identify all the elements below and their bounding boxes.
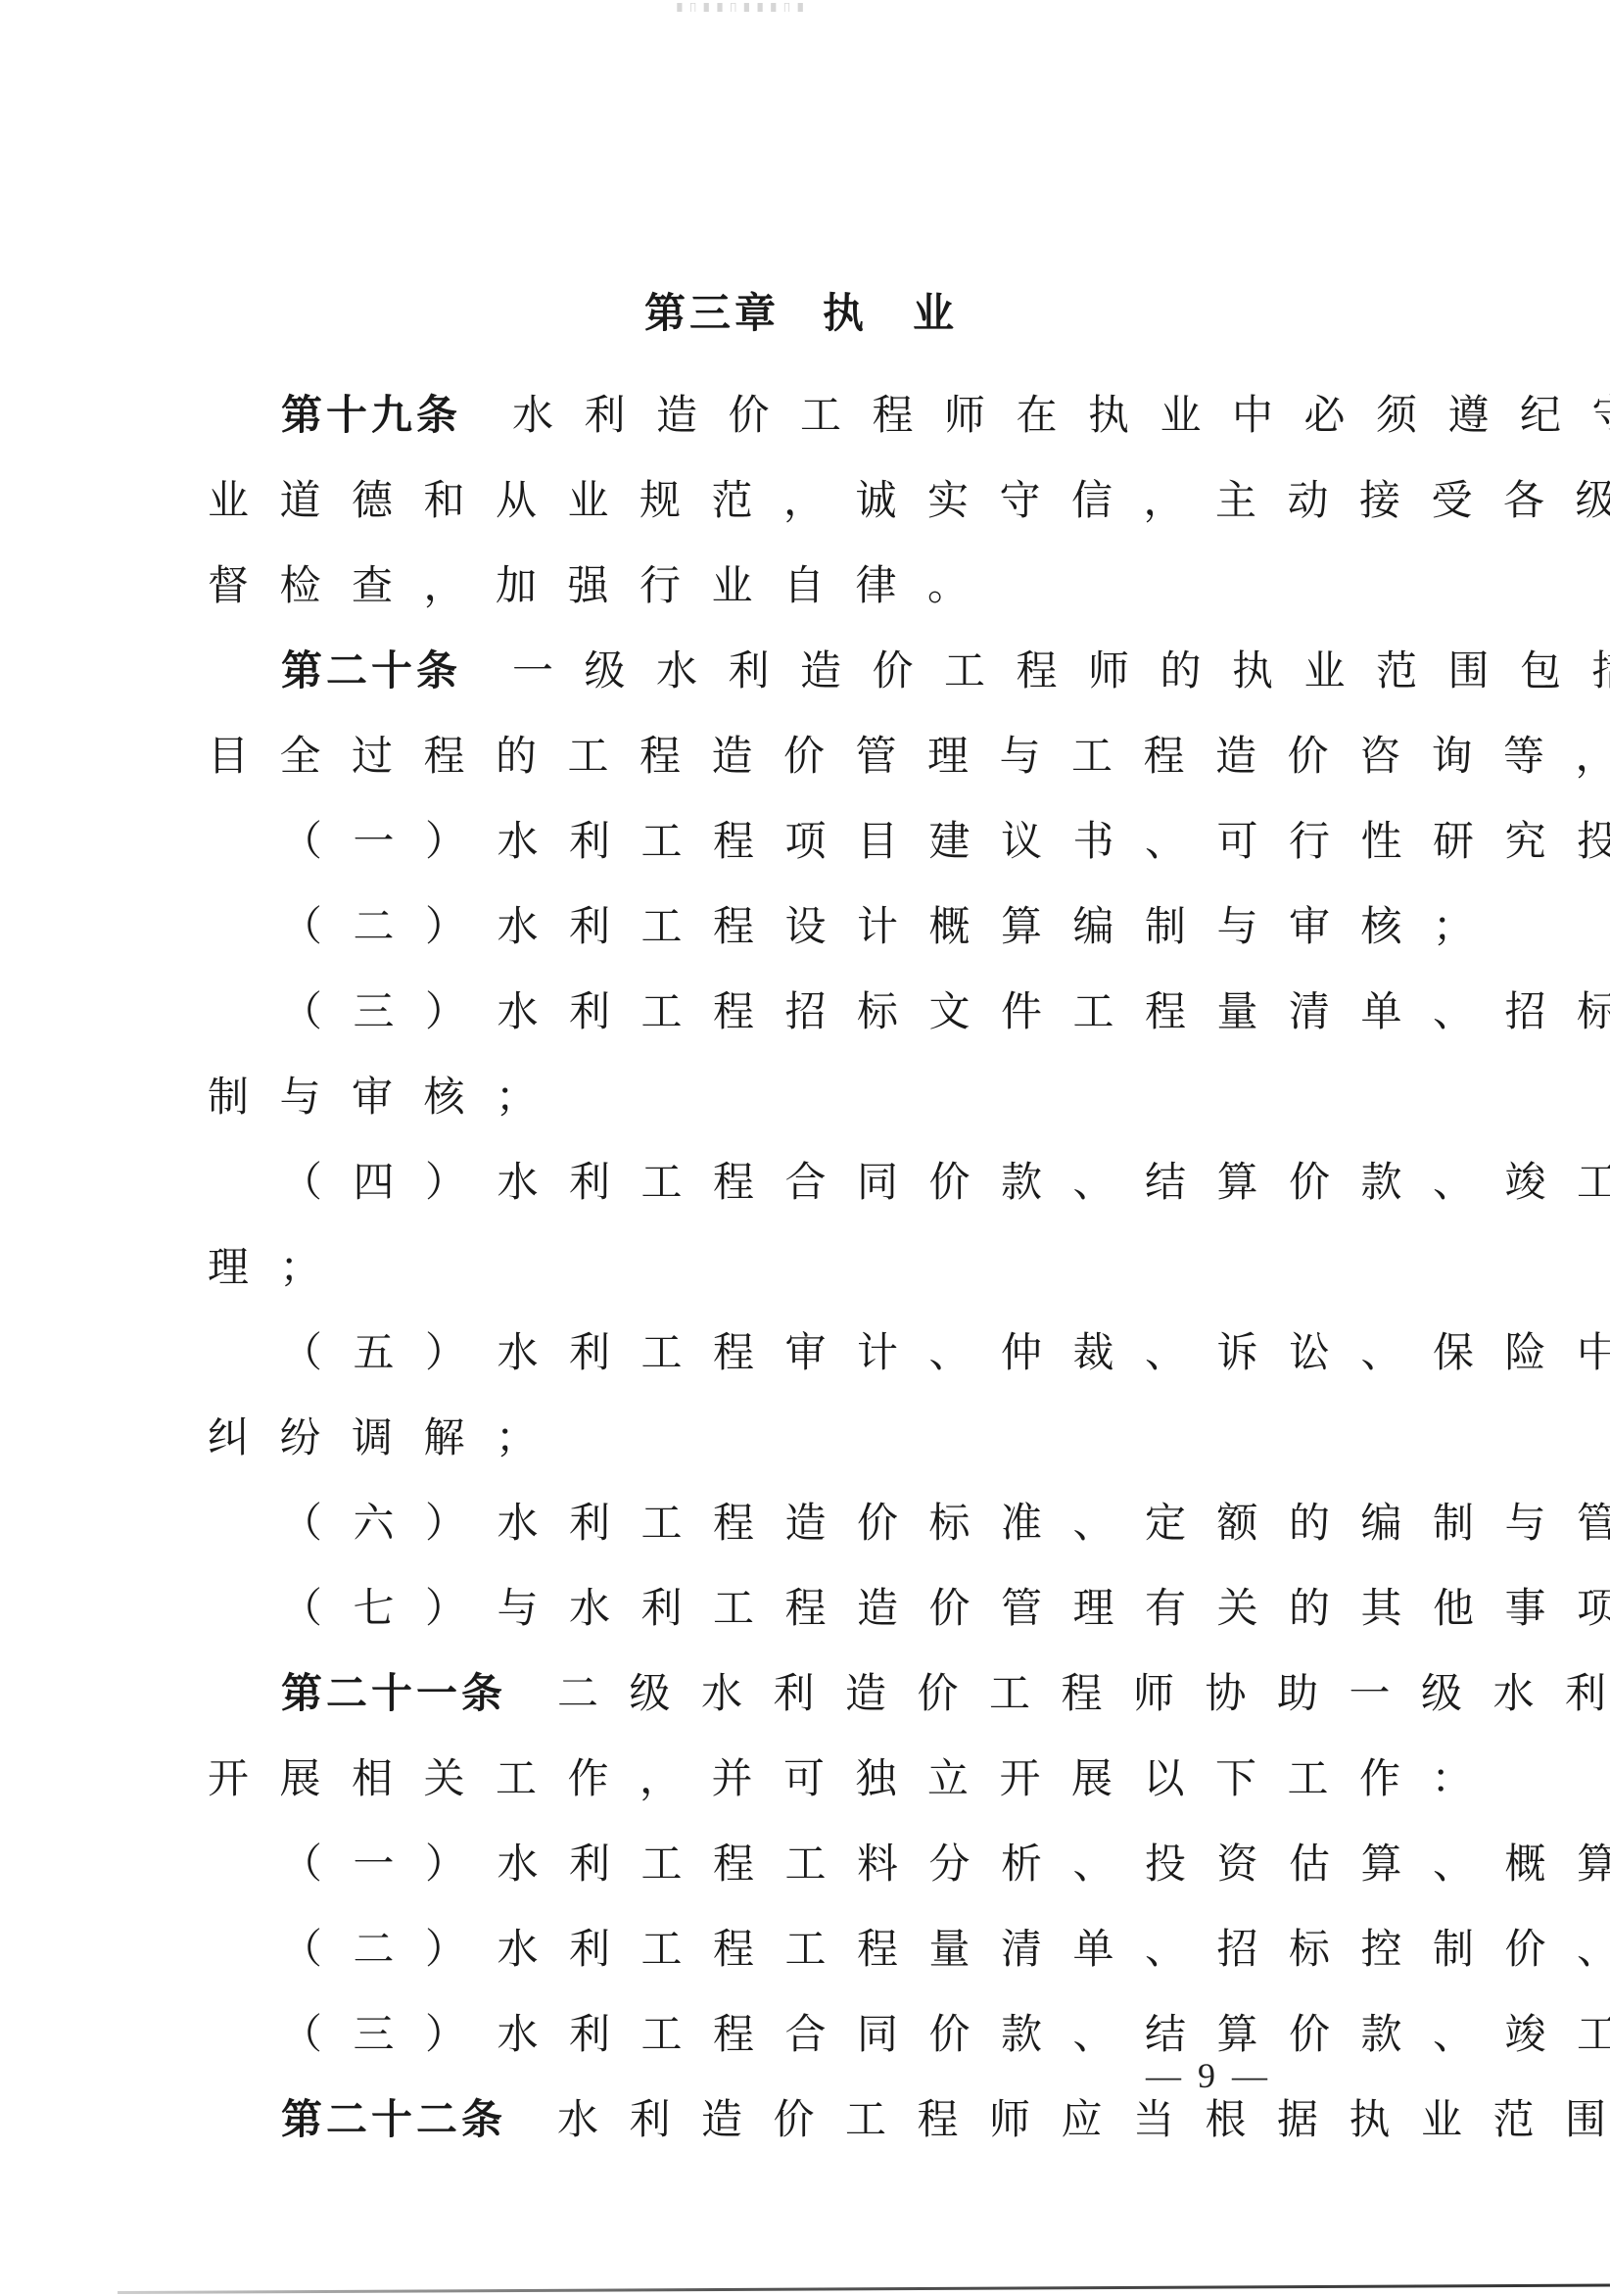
article-text: 一级水利造价工程师的执业范围包括水利工程项 [512,646,1610,694]
article-21-line-1: 第二十一条二级水利造价工程师协助一级水利造价工程师 [208,1650,1395,1736]
article-label: 第二十二条 [281,2095,506,2143]
chapter-number: 第三章 [644,289,780,337]
list-item: （一）水利工程项目建议书、可行性研究投资估算编制与审核； [208,798,1395,884]
list-item-continuation: 制与审核； [208,1054,1395,1139]
list-item: （五）水利工程审计、仲裁、诉讼、保险中的造价鉴定，工程造价 [208,1310,1395,1395]
article-text: 水利造价工程师应当根据执业范围，在本人执 [557,2095,1610,2143]
article-19-line-2: 业道德和从业规范，诚实守信，主动接受各级水行政主管部门的监 [208,457,1395,543]
article-20-line-2: 目全过程的工程造价管理与工程造价咨询等，具体工作内容为： [208,713,1395,798]
chapter-title: 执 业 [823,289,958,337]
list-item-continuation: 纠纷调解； [208,1395,1395,1480]
list-item: （二）水利工程设计概算编制与审核； [208,884,1395,969]
article-label: 第二十一条 [281,1669,506,1717]
article-19-line-1: 第十九条水利造价工程师在执业中必须遵纪守法，恪守职 [208,372,1395,457]
list-item: （六）水利工程造价标准、定额的编制与管理； [208,1480,1395,1565]
list-item: （二）水利工程工程量清单、招标控制价、投标报价编制； [208,1906,1395,1991]
article-label: 第二十条 [281,646,461,694]
list-item: （七）与水利工程造价管理有关的其他事项。 [208,1565,1395,1650]
list-item: （三）水利工程招标文件工程量清单、招标控制价、投标报价编 [208,969,1395,1054]
article-label: 第十九条 [281,391,461,439]
page-number: — 9 — [1146,2055,1271,2096]
chapter-heading: 第三章执 业 [208,284,1395,343]
article-19-line-3: 督检查，加强行业自律。 [208,543,1395,628]
scan-edge-line [118,2284,1610,2294]
list-item: （一）水利工程工料分析、投资估算、概算编制； [208,1821,1395,1906]
article-text: 水利造价工程师在执业中必须遵纪守法，恪守职 [512,391,1610,439]
document-page: 第三章执 业 第十九条水利造价工程师在执业中必须遵纪守法，恪守职 业道德和从业规… [208,284,1395,2162]
bleed-through-text: ▮▯▮▮▯▮▮▮▯▮ [676,0,970,12]
article-21-line-2: 开展相关工作，并可独立开展以下工作： [208,1736,1395,1821]
article-text: 二级水利造价工程师协助一级水利造价工程师 [557,1669,1610,1717]
list-item-continuation: 理； [208,1224,1395,1310]
list-item: （四）水利工程合同价款、结算价款、竣工财务决算的编制与管 [208,1139,1395,1224]
article-20-line-1: 第二十条一级水利造价工程师的执业范围包括水利工程项 [208,628,1395,713]
